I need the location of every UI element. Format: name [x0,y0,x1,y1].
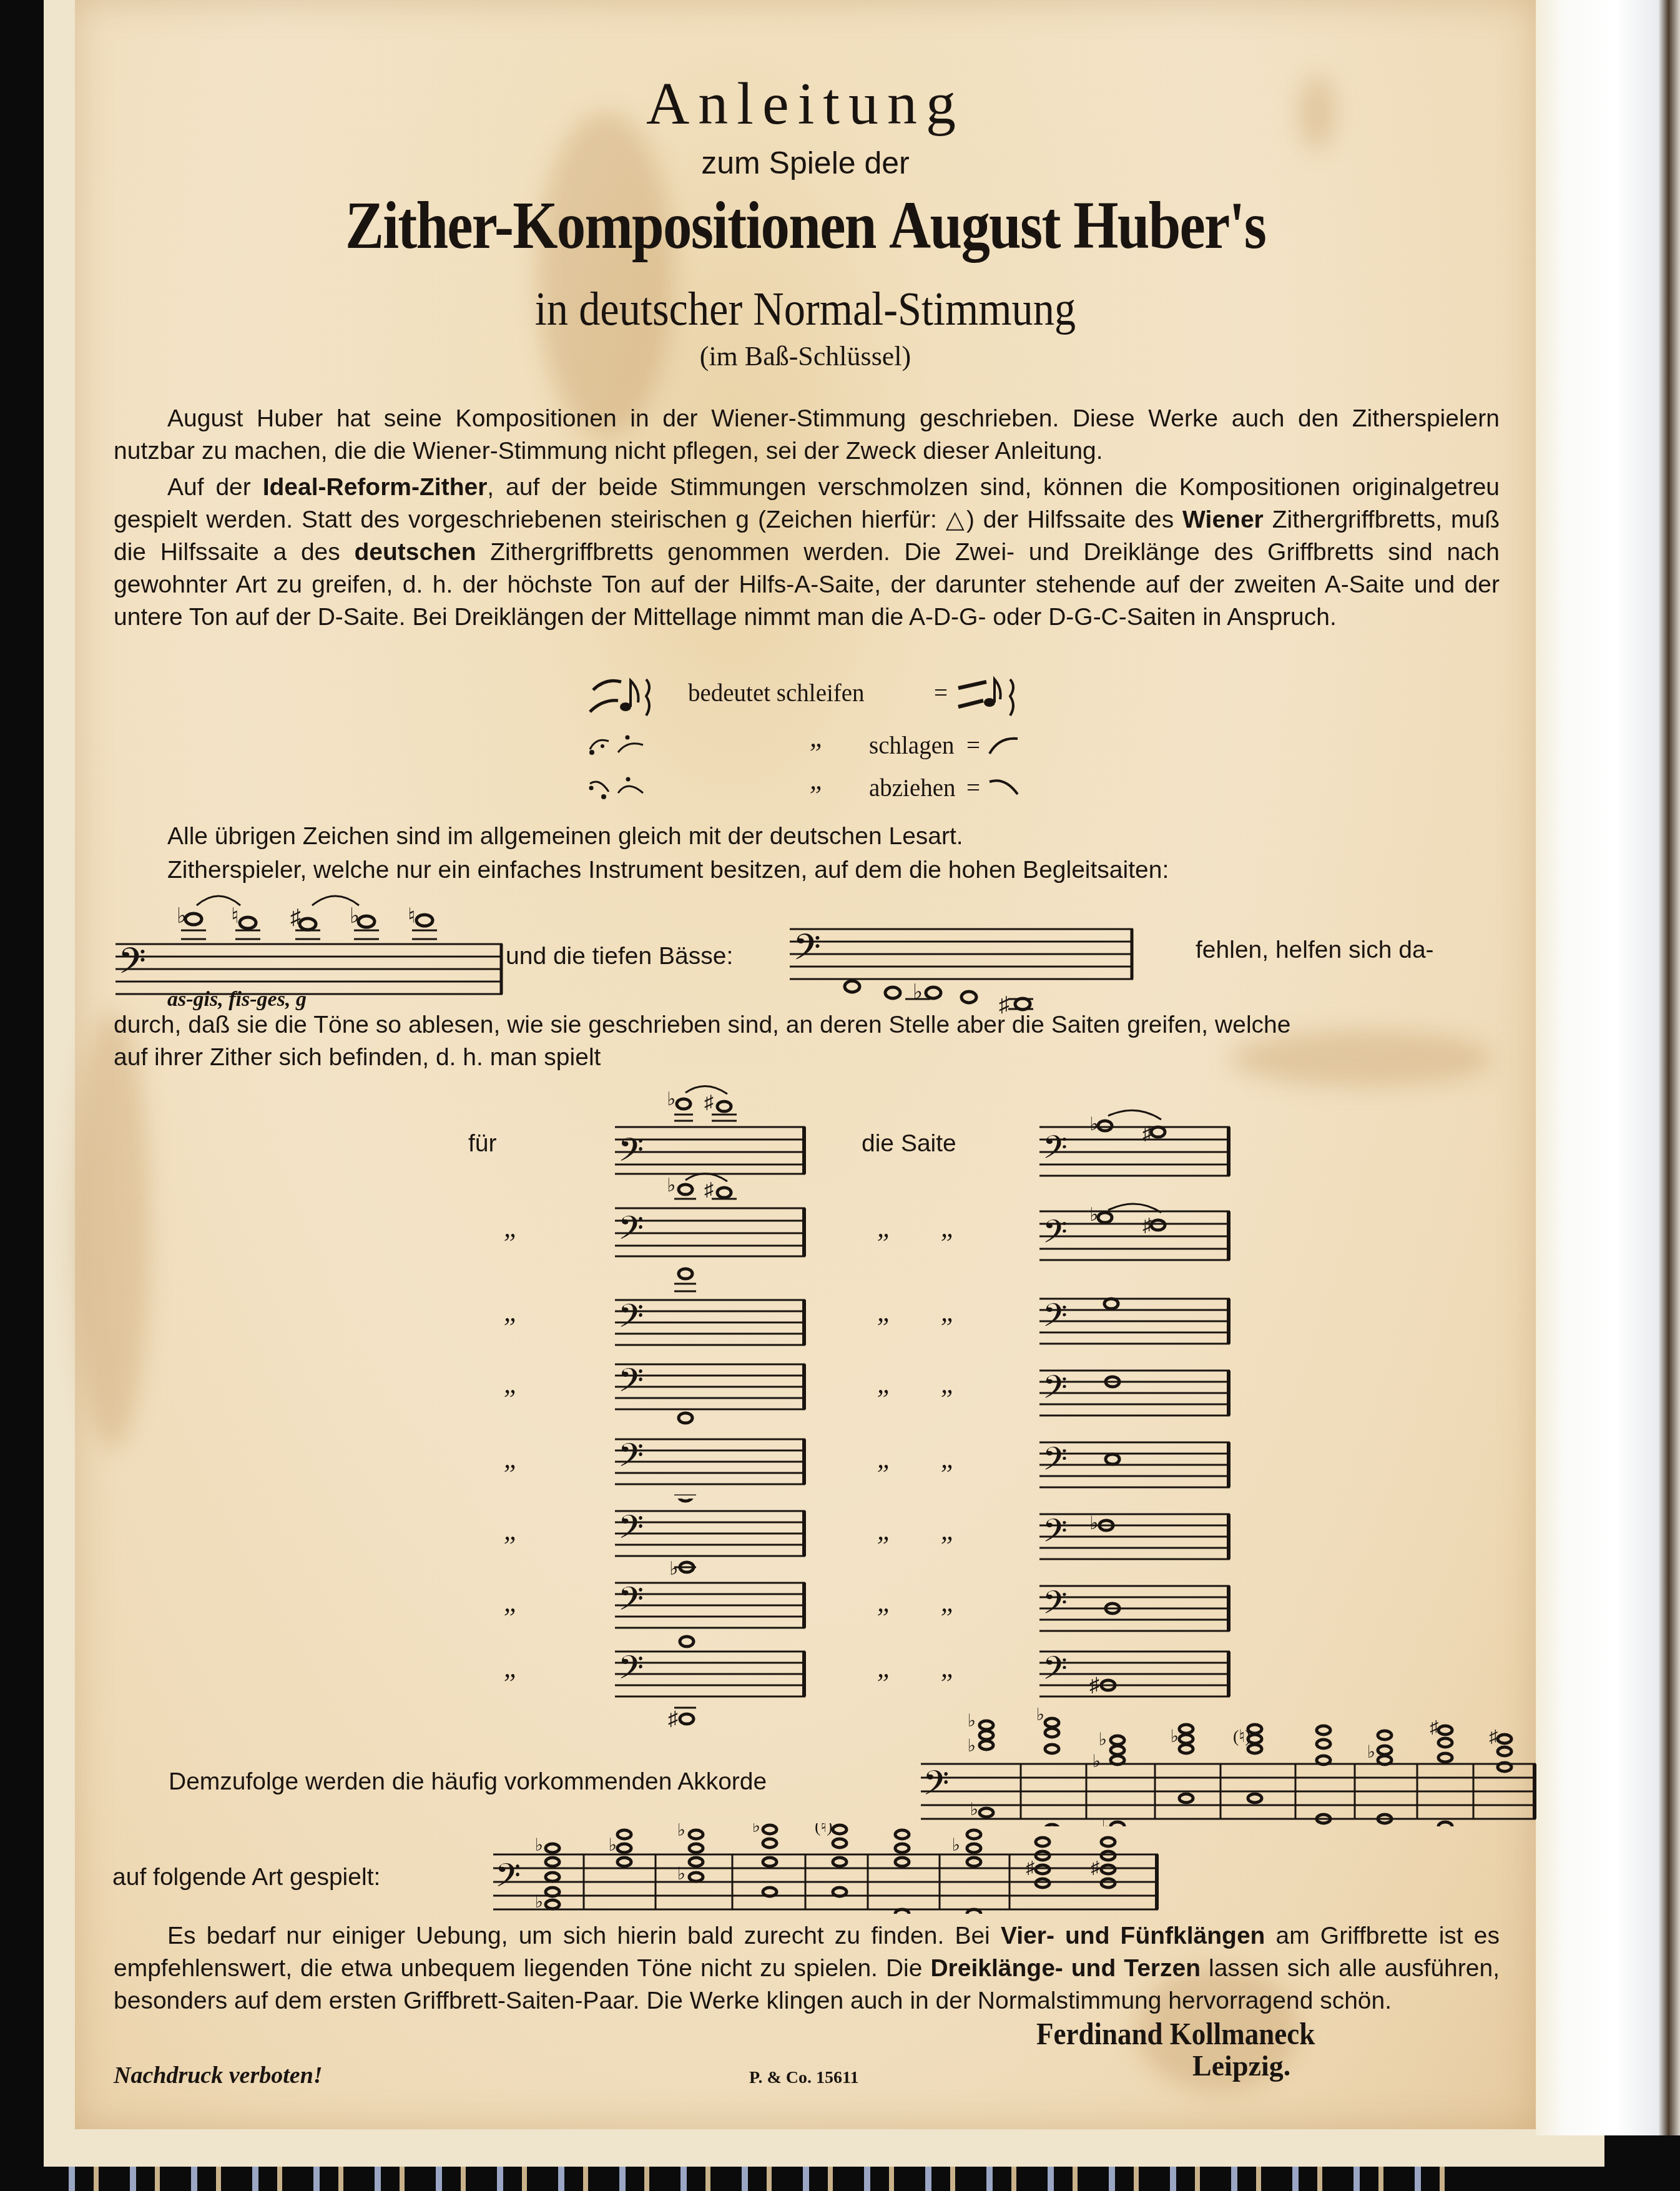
svg-text:♯: ♯ [704,1092,714,1113]
svg-text:♭: ♭ [1099,1730,1107,1750]
substitution-table: für die Saite 𝄢 ♭♯ 𝄢 ♭♯ ” ” ” 𝄢 ♭♯ [462,1080,1274,1705]
staff-string-row-8: 𝄢 ♯ [1036,1645,1236,1708]
svg-text:♭: ♭ [1036,1708,1044,1725]
svg-text:𝄢: 𝄢 [1043,1215,1068,1258]
svg-text:♭: ♭ [677,1823,685,1840]
pull-off-result-icon [986,775,1024,800]
staff-low-basses: 𝄢 ♭♯ [787,918,1136,1024]
legend-label-pull-off: abziehen [869,774,956,802]
svg-text:𝄢: 𝄢 [923,1765,949,1811]
col-label-string: die Saite [862,1130,956,1158]
main-title-regular: Zither-Kompositionen [345,189,876,263]
main-title: Zither-Kompositionen August Huber's [177,187,1433,265]
title-anleitung: Anleitung [75,69,1536,138]
title-tuning: in deutscher Normal-Stimmung [148,282,1463,337]
svg-text:♭: ♭ [609,1836,617,1855]
staff-written-row-3: 𝄢 [612,1261,812,1349]
svg-text:♭: ♭ [1093,1752,1101,1771]
staff-string-row-2: 𝄢 ♭♯ [1036,1199,1236,1261]
staff-string-row-3: 𝄢 [1036,1292,1236,1349]
staff-string-row-4: 𝄢 [1036,1364,1236,1420]
svg-text:♯: ♯ [1026,1858,1034,1878]
bold-four-five-chords: Vier- und Fünfklängen [1001,1923,1265,1949]
col-label-for: für [468,1130,497,1158]
svg-text:♭: ♭ [913,981,923,1004]
svg-text:♭: ♭ [968,1711,976,1731]
svg-text:♭: ♭ [1367,1743,1375,1762]
svg-text:𝄢: 𝄢 [495,1858,521,1902]
svg-text:♭: ♭ [970,1800,978,1819]
book-binding [1536,0,1680,2135]
plate-number: P. & Co. 15611 [749,2068,859,2088]
staff-written-row-8: 𝄢 ♯ [612,1645,812,1739]
text-read-tones: durch, daß sie die Töne so ablesen, wie … [114,1012,1290,1039]
svg-text:𝄢: 𝄢 [118,942,146,990]
slide-result-icon [955,674,1024,718]
svg-text:♭: ♭ [1171,1727,1179,1746]
reprint-notice: Nachdruck verboten! [114,2062,323,2089]
svg-text:𝄢: 𝄢 [1043,1371,1068,1413]
text-and-low-basses: und die tiefen Bässe: [506,943,733,970]
svg-text:𝄢: 𝄢 [618,1298,644,1342]
legend-label-strike: schlagen [869,732,954,760]
svg-text:𝄢: 𝄢 [793,928,821,977]
staff-written-row-2: 𝄢 ♭♯ [612,1168,812,1258]
bold-triads-thirds: Dreiklänge- und Terzen [930,1955,1201,1982]
title-subline: zum Spiele der [75,145,1536,181]
svg-text:♭: ♭ [677,1864,685,1884]
staff-written-row-4: 𝄢 [612,1358,812,1427]
publisher-name: Ferdinand Kollmaneck [1036,2016,1315,2052]
svg-text:𝄢: 𝄢 [618,1210,644,1254]
svg-text:♮: ♮ [231,905,238,928]
strike-sign-icon [587,734,662,759]
publisher-city: Leipzig. [1192,2049,1290,2082]
bold-deutschen: deutschen [354,539,476,566]
svg-text:♯: ♯ [1489,1727,1498,1746]
svg-text:𝄢: 𝄢 [1043,1299,1068,1341]
staff-written-row-5: 𝄢 [612,1433,812,1495]
svg-text:♭: ♭ [1089,1513,1098,1534]
pull-off-sign-icon [587,774,662,802]
svg-text:♭: ♭ [667,1089,675,1110]
svg-text:𝄢: 𝄢 [618,1581,644,1625]
svg-text:𝄢: 𝄢 [1043,1442,1068,1485]
bold-wiener: Wiener [1182,506,1264,533]
label-common-chords: Demzufolge werden die häufig vorkommende… [169,1768,767,1796]
text-other-signs: Alle übrigen Zeichen sind im allgemeinen… [167,823,963,850]
svg-text:♭: ♭ [667,1175,675,1196]
staff-string-row-1: 𝄢 ♭♯ [1036,1108,1236,1177]
svg-text:♭: ♭ [535,1893,543,1912]
svg-text:♯: ♯ [1089,1673,1099,1696]
svg-text:♯: ♯ [704,1179,714,1200]
staff-common-chords: 𝄢 ♭♭♭ ♭♭♭♭ ♭(♮)♭ ♯♯ [918,1708,1542,1826]
svg-text:𝄢: 𝄢 [618,1437,644,1482]
svg-text:𝄢: 𝄢 [618,1362,644,1407]
staff-string-row-5: 𝄢 [1036,1436,1236,1492]
staff-string-row-7: 𝄢 [1036,1580,1236,1636]
svg-text:♮: ♮ [408,905,415,928]
caption-high-strings: as-gis, fis-ges, g [167,988,307,1012]
staff-written-row-1: 𝄢 ♭♯ [612,1080,812,1177]
strike-result-icon [986,734,1024,759]
svg-text:♭: ♭ [535,1836,543,1855]
signs-legend: bedeutet schleifen = ” schlagen = ” abzi… [587,674,1149,812]
fabric-fringe [37,2167,1473,2191]
bold-ideal-reform-zither: Ideal-Reform-Zither [263,474,488,501]
staff-played-chords: 𝄢 ♭♭♭♭♭ ♭(♮)♭♯♯ [490,1823,1164,1914]
svg-text:(♮): (♮) [815,1823,833,1836]
staff-written-row-6: 𝄢 ♭ [612,1499,812,1580]
paragraph-reform-zither: Auf der Ideal-Reform-Zither, auf der bei… [114,471,1500,634]
svg-text:♯: ♯ [1430,1718,1438,1737]
svg-text:♯: ♯ [668,1707,678,1730]
main-title-bold: August Huber's [889,189,1265,263]
svg-text:♭: ♭ [1089,1204,1098,1225]
text-zither-players: Zitherspieler, welche nur ein einfaches … [167,857,1169,884]
svg-text:♭: ♭ [952,1836,960,1855]
svg-text:♭: ♭ [752,1823,760,1836]
svg-text:♯: ♯ [1091,1858,1099,1878]
staff-string-row-6: 𝄢 ♭ [1036,1508,1236,1564]
svg-text:𝄢: 𝄢 [1043,1586,1068,1628]
instruction-page: Anleitung zum Spiele der Zither-Komposit… [75,0,1536,2129]
title-clef: (im Baß-Schlüssel) [75,340,1536,372]
text-missing-help: fehlen, helfen sich da- [1196,937,1434,964]
text-on-their-zither: auf ihrer Zither sich befinden, d. h. ma… [114,1044,601,1071]
svg-text:𝄢: 𝄢 [618,1650,644,1694]
svg-text:(♮): (♮) [1233,1727,1251,1746]
paragraph-closing: Es bedarf nur einiger Uebung, um sich hi… [114,1920,1500,2017]
legend-label-slide: bedeutet schleifen [688,679,865,707]
label-played-as: auf folgende Art gespielt: [112,1864,380,1891]
paragraph-intro: August Huber hat seine Kompositionen in … [114,403,1500,468]
svg-text:𝄢: 𝄢 [1043,1131,1068,1173]
edge-stain [75,1012,150,1449]
svg-text:𝄢: 𝄢 [1043,1514,1068,1557]
svg-text:𝄢: 𝄢 [1043,1652,1068,1694]
staff-written-row-7: 𝄢 [612,1577,812,1648]
slide-sign-icon [587,674,680,718]
svg-text:♭: ♭ [968,1736,976,1756]
svg-text:𝄢: 𝄢 [618,1509,644,1553]
